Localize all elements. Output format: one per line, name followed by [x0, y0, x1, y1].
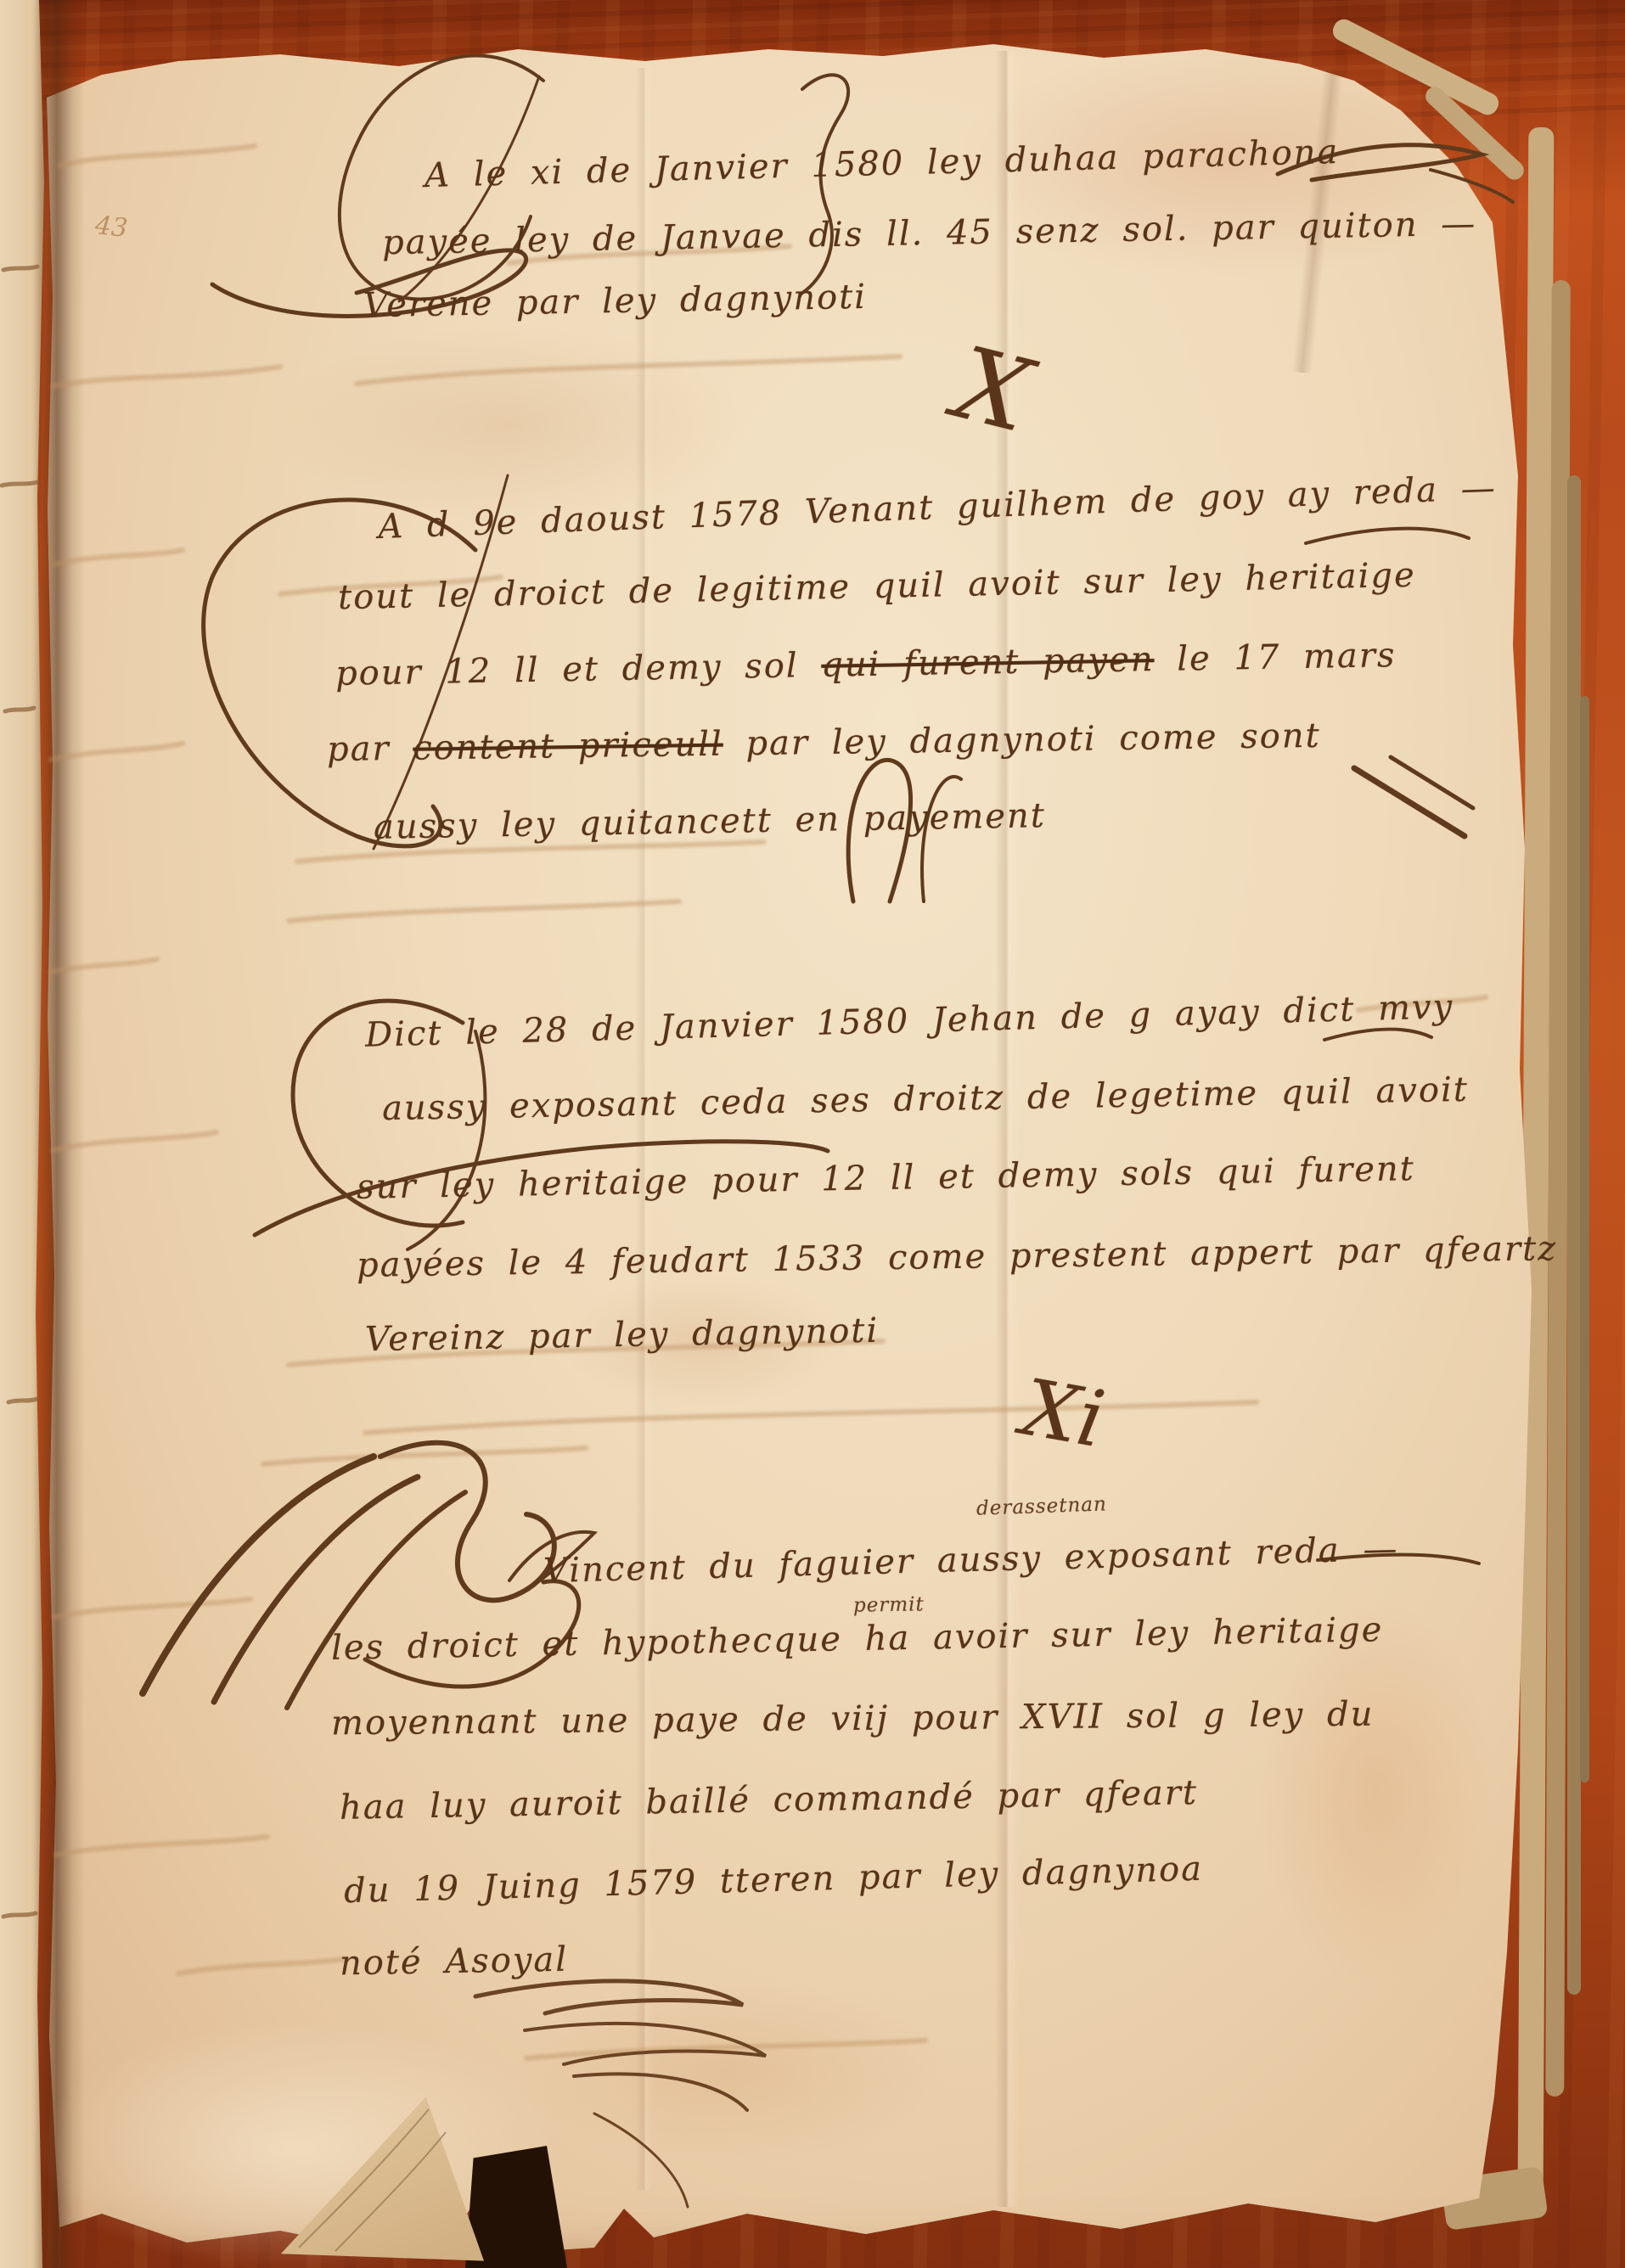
line-segment: le 17 mars [1154, 636, 1397, 679]
folio-number: 43 [93, 211, 129, 244]
interlinear-insertion: permit [853, 1593, 925, 1616]
binding-gutter-shadow [34, 0, 85, 2268]
struck-through-text: content priceull [413, 725, 723, 768]
line-segment: par ley dagnynoti come sont [723, 716, 1320, 764]
photograph-of-manuscript: 43 [0, 0, 1625, 2268]
line-segment: par [327, 729, 413, 769]
manuscript-page [0, 0, 1625, 2268]
page-stack-edge [1567, 475, 1581, 1995]
struck-through-text: qui furent payen [821, 640, 1155, 685]
manuscript-line: noté Asoyal [340, 1940, 569, 1984]
section-mark-xi: Xi [1015, 1362, 1111, 1466]
page-stack-edge [1580, 696, 1589, 1782]
interlinear-insertion: derassetnan [976, 1493, 1108, 1519]
